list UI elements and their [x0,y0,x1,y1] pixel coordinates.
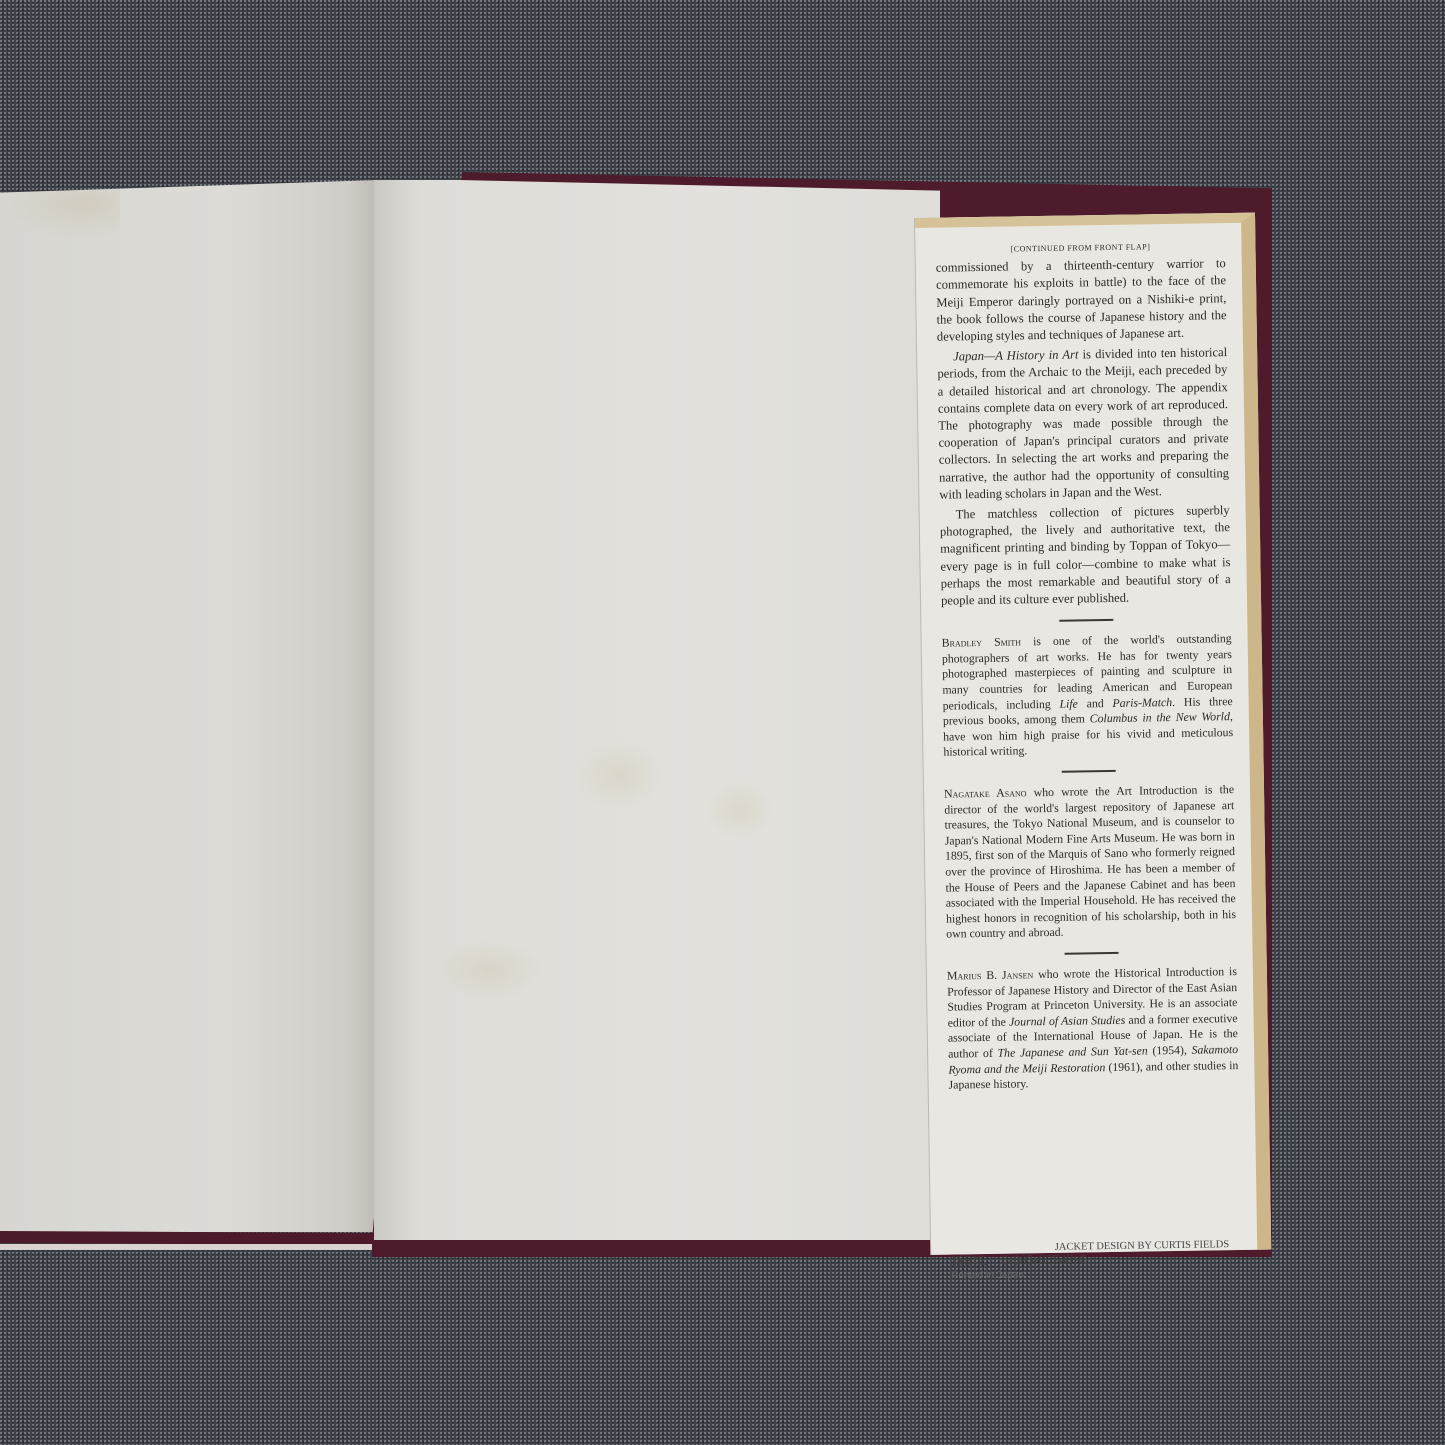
flap-paragraph-3: The matchless collection of pictures sup… [940,502,1232,610]
dust-jacket-flap: [CONTINUED FROM FRONT FLAP] commissioned… [915,213,1271,1255]
left-page-edge [0,1244,378,1250]
flap-paragraph-2: Japan—A History in Art is divided into t… [937,344,1229,503]
bio-smith: Bradley Smith is one of the world's outs… [942,631,1234,760]
bio-jansen: Marius B. Jansen who wrote the Historica… [947,964,1239,1093]
divider [1062,770,1116,773]
right-endpaper [374,180,940,1240]
divider [1065,952,1119,955]
book-title: Japan—A History in Art [953,348,1079,364]
flap-credits: JACKET DESIGN BY CURTIS FIELDS ISBN:0-38… [951,1239,1252,1282]
flap-paragraph-1: commissioned by a thirteenth-century war… [936,255,1227,346]
bio-asano: Nagatake Asano who wrote the Art Introdu… [944,782,1236,942]
left-endpaper [0,180,378,1232]
flap-text: [CONTINUED FROM FRONT FLAP] commissioned… [935,237,1238,1093]
divider [1059,619,1113,622]
open-book: [CONTINUED FROM FRONT FLAP] commissioned… [0,0,1445,1445]
left-board-edge [0,1231,380,1245]
